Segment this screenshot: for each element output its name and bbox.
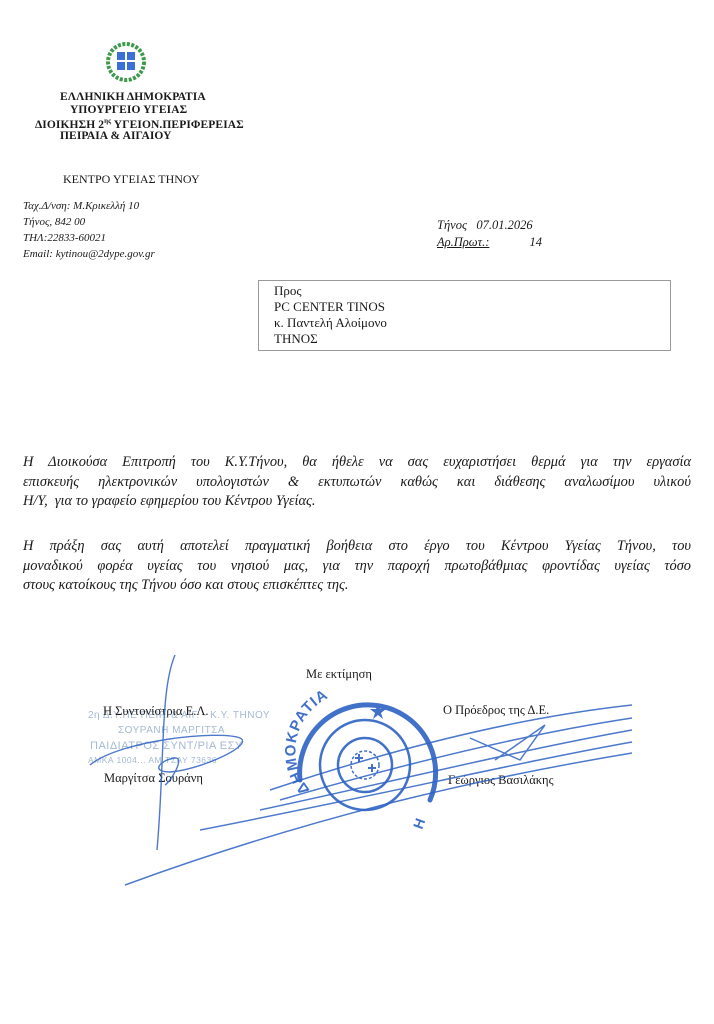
recipient-person: κ. Παντελή Αλοίμονο [274,315,387,331]
ink-layer: ΔΗΜΟΚΡΑΤΙΑ Η [0,0,714,1024]
right-signatory-title: Ο Πρόεδρος της Δ.Ε. [443,703,549,718]
contact-email[interactable]: Email: kytinou@2dype.gov.gr [23,248,155,260]
stamp-line: ΣΟΥΡΑΝΗ ΜΑΡΓΙΤΣΑ [118,725,225,736]
left-signature-icon [90,655,243,850]
paragraph-line: Η/Υ, για το γραφείο εφημερίου του Κέντρο… [23,492,691,512]
svg-text:Η: Η [410,816,428,831]
right-signatory-name: Γεώργιος Βασιλάκης [448,773,554,788]
left-signatory-name: Μαργίτσα Σουράνη [104,771,203,786]
stamp-line: ΑΜΚΑ 1004... ΑΜ.ΤΣΑΥ 73636 [88,755,217,765]
paragraph-thanks: Η Διοικούσα Επιτροπή του Κ.Υ.Τήνου, θα ή… [23,453,691,512]
stamp-line: ΠΑΙΔΙΑΤΡΟΣ ΣΥΝΤ/ΡΙΑ ΕΣΥ [90,740,243,752]
paragraph-line: επισκευής ηλεκτρονικών υπολογιστών & εκτ… [23,473,691,493]
closing-regards: Με εκτίμηση [306,667,372,682]
left-signatory-title: Η Συντονίστρια Ε.Λ. [103,704,209,719]
contact-address: Ταχ.Δ/νση: Μ.Κρικελλή 10 [23,200,139,212]
header-ministry: ΥΠΟΥΡΓΕΙΟ ΥΓΕΙΑΣ [70,104,187,116]
place-date: Τήνος 07.01.2026 [437,218,533,233]
health-center-name: ΚΕΝΤΡΟ ΥΓΕΙΑΣ ΤΗΝΟΥ [63,172,200,187]
paragraph-contribution: Η πράξη σας αυτή αποτελεί πραγματική βοή… [23,537,691,596]
greek-emblem-icon [105,40,147,84]
protocol-line: Αρ.Πρωτ.: 14 [437,235,542,250]
svg-text:ΔΗΜΟΚΡΑΤΙΑ: ΔΗΜΟΚΡΑΤΙΑ [282,686,331,798]
seal-text: ΔΗΜΟΚΡΑΤΙΑ [282,686,331,798]
official-seal-icon: ΔΗΜΟΚΡΑΤΙΑ Η [282,686,435,831]
paragraph-line: Η πράξη σας αυτή αποτελεί πραγματική βοή… [23,537,691,557]
protocol-number: 14 [530,235,543,250]
protocol-label: Αρ.Πρωτ.: [437,235,489,249]
recipient-city: ΤΗΝΟΣ [274,331,318,347]
header-country: ΕΛΛΗΝΙΚΗ ΔΗΜΟΚΡΑΤΙΑ [60,91,206,103]
paragraph-line: Η Διοικούσα Επιτροπή του Κ.Υ.Τήνου, θα ή… [23,453,691,473]
contact-phone: ΤΗΛ:22833-60021 [23,232,106,244]
header-administration: ΔΙΟΙΚΗΣΗ 2ης ΥΓΕΙΟΝ.ΠΕΡΙΦΕΡΕΙΑΣ [35,117,244,131]
recipient-company: PC CENTER TINOS [274,299,385,315]
recipient-box: Προς PC CENTER TINOS κ. Παντελή Αλοίμονο… [258,280,671,351]
recipient-to: Προς [274,283,302,299]
paragraph-line: στους κατοίκους της Τήνου όσο και στους … [23,576,691,596]
contact-city: Τήνος, 842 00 [23,216,85,228]
header-region: ΠΕΙΡΑΙΑ & ΑΙΓΑΙΟΥ [60,130,172,142]
paragraph-line: μοναδικού φορέα υγείας του νησιού μας, γ… [23,557,691,577]
